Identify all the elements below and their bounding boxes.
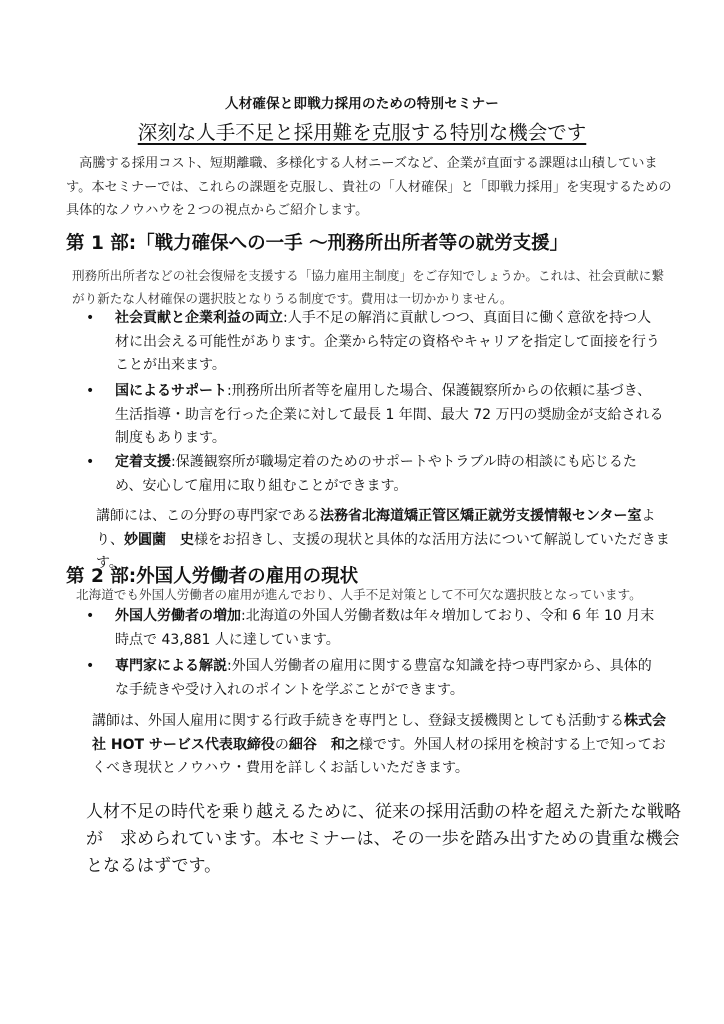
bullet-title: 国によるサポート [115, 383, 227, 399]
bullet-title: 定着支援 [115, 454, 171, 470]
speaker-text: 講師には、この分野の専門家である [96, 508, 320, 524]
seminar-subtitle: 人材確保と即戦力採用のための特別セミナー [0, 92, 724, 112]
speaker-text: の [275, 737, 289, 753]
speaker-text: 講師は、外国人雇用に関する行政手続きを専門とし、登録支援機関としても活動する [92, 713, 624, 729]
bullet-icon: • [86, 451, 94, 475]
bullet-title: 専門家による解説 [115, 658, 227, 674]
bullet-icon: • [86, 605, 94, 629]
section2-speaker-intro: 講師は、外国人雇用に関する行政手続きを専門とし、登録支援機関としても活動する株式… [92, 710, 676, 781]
section1-bullet: • 定着支援:保護観察所が職場定着のためのサポートやトラブル時の相談にも応じるた… [92, 451, 664, 498]
document-page: 人材確保と即戦力採用のための特別セミナー 深刻な人手不足と採用難を克服する特別な… [0, 0, 724, 1024]
section2-lead: 北海道でも外国人労働者の雇用が進んでおり、人手不足対策として不可欠な選択肢となっ… [76, 583, 676, 606]
bullet-text: :保護観察所が職場定着のためのサポートやトラブル時の相談にも応じるため、安心して… [115, 454, 637, 494]
bullet-icon: • [86, 655, 94, 679]
section2-bullet: • 外国人労働者の増加:北海道の外国人労働者数は年々増加しており、令和 6 年 … [92, 605, 664, 652]
bullet-title: 外国人労働者の増加 [115, 608, 241, 624]
section1-lead: 刑務所出所者などの社会復帰を支援する「協力雇用主制度」をご存知でしょうか。これは… [72, 264, 672, 310]
bullet-icon: • [86, 380, 94, 404]
intro-paragraph: 高騰する採用コスト、短期離職、多様化する人材ニーズなど、企業が直面する課題は山積… [66, 152, 676, 223]
section1-bullet: • 社会貢献と企業利益の両立:人手不足の解消に貢献しつつ、真面目に働く意欲を持つ… [92, 307, 664, 378]
bullet-title: 社会貢献と企業利益の両立 [115, 310, 283, 326]
page-title: 深刻な人手不足と採用難を克服する特別な機会です [0, 117, 724, 145]
section1-heading: 第 1 部:「戦力確保への一手 ～刑務所出所者等の就労支援」 [66, 229, 568, 255]
closing-paragraph: 人材不足の時代を乗り越えるために、従来の採用活動の枠を超えた新たな戦略が 求めら… [86, 799, 686, 880]
section2-bullet: • 専門家による解説:外国人労働者の雇用に関する豊富な知識を持つ専門家から、具体… [92, 655, 664, 702]
bullet-icon: • [86, 307, 94, 331]
page-title-text: 深刻な人手不足と採用難を克服する特別な機会です [138, 121, 587, 144]
section1-bullet: • 国によるサポート:刑務所出所者等を雇用した場合、保護観察所からの依頼に基づき… [92, 380, 664, 451]
speaker-name: 妙圓薗 史 [124, 532, 194, 548]
speaker-organization: 法務省北海道矯正管区矯正就労支援情報センター室 [320, 508, 641, 524]
speaker-name: 細谷 和之 [289, 737, 359, 753]
